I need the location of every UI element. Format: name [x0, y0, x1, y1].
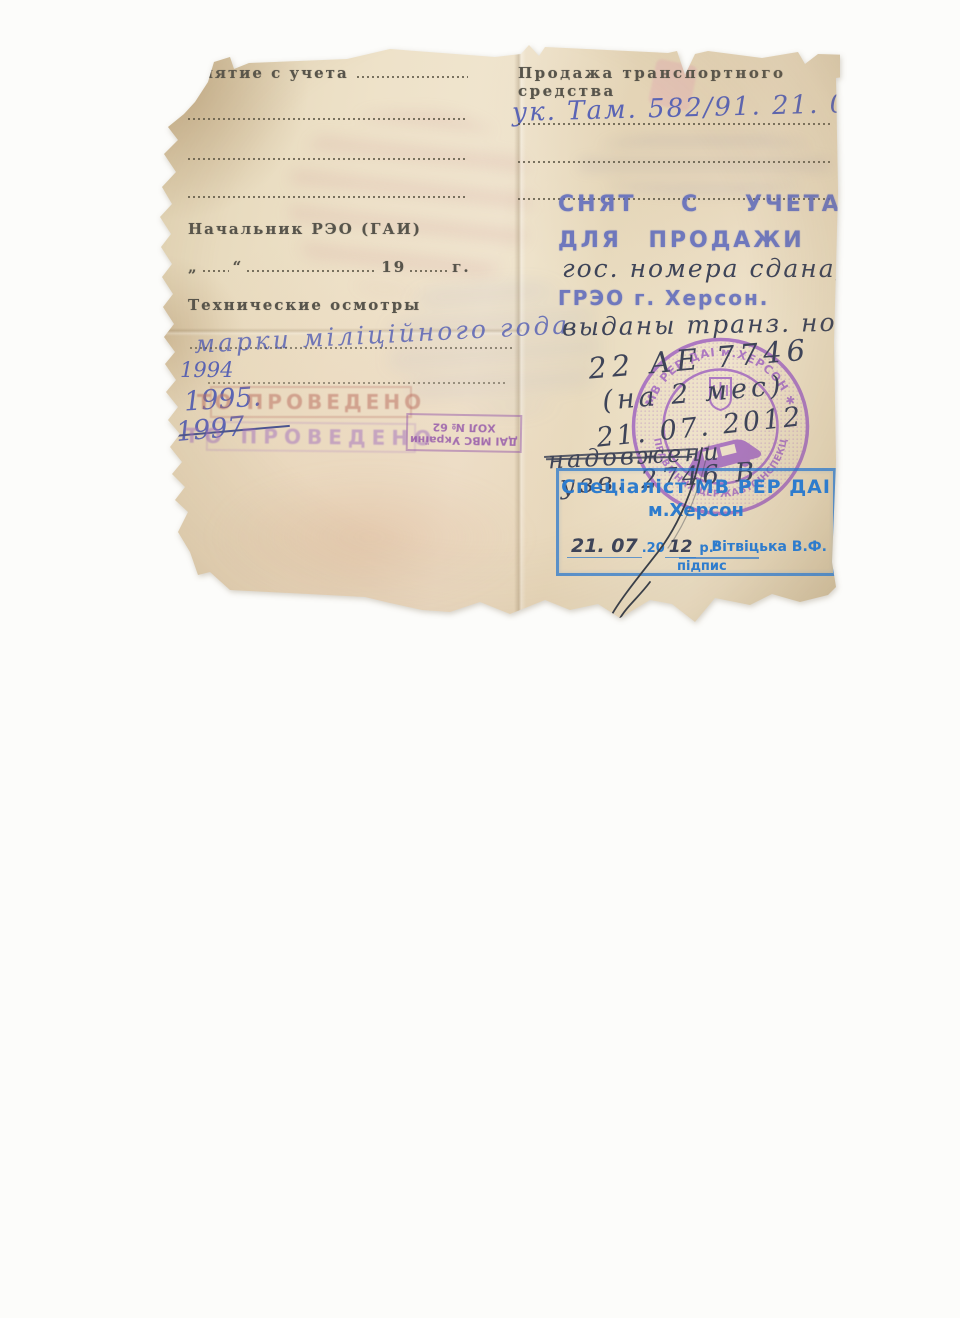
blank-dotted-line	[188, 118, 466, 120]
greo-kherson-stamp: ГРЭО г. Херсон.	[558, 286, 769, 310]
hol-stamp: ДАІ МВС України ХОЛ № 62	[406, 413, 523, 453]
document-paper: Снятие с учета Начальник РЭО (ГАИ) „ “ 1…	[150, 42, 840, 630]
dotted-fill	[203, 270, 229, 272]
blank-dotted-line	[188, 158, 466, 160]
dotted-fill	[247, 270, 377, 272]
chief-label: Начальник РЭО (ГАИ)	[188, 220, 422, 238]
blank-dotted-line	[518, 161, 830, 163]
to-provedeno-stamp-1: ТО ПРОВЕДЕНО	[210, 386, 412, 418]
tech-inspections-title: Технические осмотры	[188, 296, 421, 314]
deregistered-stamp-line2: ДЛЯ ПРОДАЖИ	[558, 228, 805, 253]
open-quote: „	[188, 258, 199, 276]
blank-dotted-line	[188, 196, 466, 198]
paper-stain	[210, 472, 530, 602]
dotted-line	[190, 347, 512, 349]
deregistered-stamp-line1: СНЯТ С УЧЕТА	[558, 192, 842, 217]
pen-signature	[550, 422, 790, 642]
year-prefix: 19	[381, 258, 406, 276]
dashed-line	[208, 382, 508, 384]
handwritten-year-1994: 1994	[180, 358, 233, 382]
dotted-fill	[357, 76, 468, 78]
handwritten-plates-returned: гос. номера сдана;	[562, 254, 846, 283]
year-suffix: г.	[452, 258, 470, 276]
bleedthrough-stain	[580, 134, 830, 194]
date-blank-line: „ “ 19 г.	[188, 258, 488, 276]
deregistration-title-row: Снятие с учета	[188, 64, 468, 82]
deregistration-title: Снятие с учета	[188, 64, 349, 82]
blank-dotted-line	[518, 123, 830, 125]
to-provedeno-stamp-2: ТО ПРОВЕДЕНО	[206, 421, 416, 453]
scanned-document: Снятие с учета Начальник РЭО (ГАИ) „ “ 1…	[150, 42, 840, 630]
close-quote: “	[233, 258, 244, 276]
dotted-fill	[410, 270, 448, 272]
hol-stamp-line1: ДАІ МВС України	[408, 433, 520, 448]
